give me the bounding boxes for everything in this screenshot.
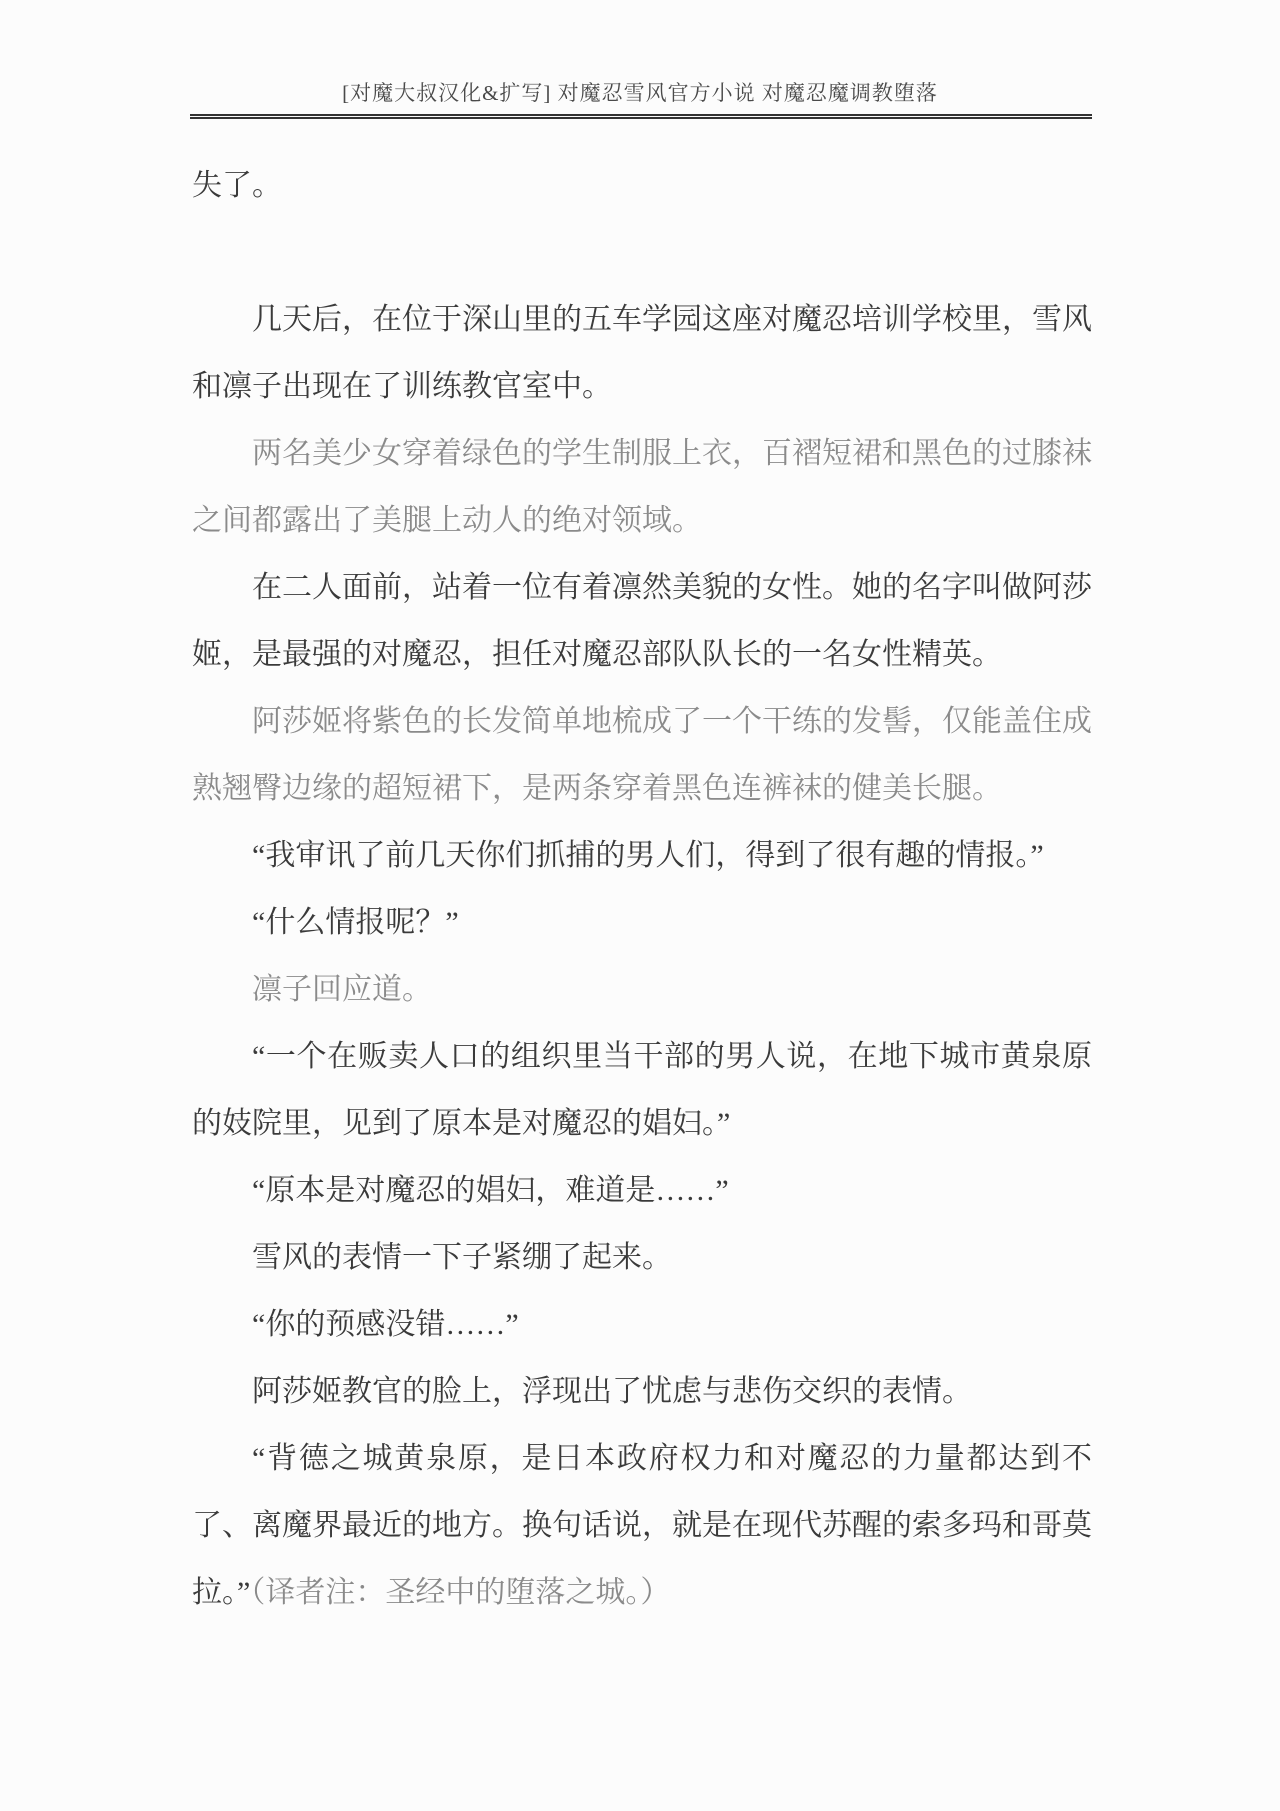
paragraph-dialogue: “你的预感没错……” <box>192 1291 1092 1358</box>
paragraph: 雪风的表情一下子紧绷了起来。 <box>192 1224 1092 1291</box>
document-page: { "page": { "colors": { "background": "#… <box>0 0 1280 1811</box>
blank-line <box>192 219 1092 286</box>
paragraph: 凛子回应道。 <box>192 956 1092 1023</box>
paragraph: 阿莎姬将紫色的长发简单地梳成了一个干练的发髻，仅能盖住成熟翘臀边缘的超短裙下，是… <box>192 688 1092 822</box>
paragraph: 在二人面前，站着一位有着凛然美貌的女性。她的名字叫做阿莎姬，是最强的对魔忍，担任… <box>192 554 1092 688</box>
translator-note: （译者注：圣经中的堕落之城。） <box>250 1576 670 1609</box>
paragraph: 几天后，在位于深山里的五车学园这座对魔忍培训学校里，雪风和凛子出现在了训练教官室… <box>192 286 1092 420</box>
paragraph: 阿莎姬教官的脸上，浮现出了忧虑与悲伤交织的表情。 <box>192 1358 1092 1425</box>
paragraph-dialogue-with-note: “背德之城黄泉原，是日本政府权力和对魔忍的力量都达到不了、离魔界最近的地方。换句… <box>192 1425 1092 1626</box>
paragraph: 两名美少女穿着绿色的学生制服上衣，百褶短裙和黑色的过膝袜之间都露出了美腿上动人的… <box>192 420 1092 554</box>
page-body: 失了。 几天后，在位于深山里的五车学园这座对魔忍培训学校里，雪风和凛子出现在了训… <box>192 152 1092 1626</box>
paragraph-dialogue: “一个在贩卖人口的组织里当干部的男人说，在地下城市黄泉原的妓院里，见到了原本是对… <box>192 1023 1092 1157</box>
header-rule-divider <box>190 114 1092 119</box>
paragraph-dialogue: “原本是对魔忍的娼妇，难道是……” <box>192 1157 1092 1224</box>
paragraph-continuation: 失了。 <box>192 152 1092 219</box>
paragraph-dialogue: “我审讯了前几天你们抓捕的男人们，得到了很有趣的情报。” <box>192 822 1092 889</box>
paragraph-dialogue: “什么情报呢？” <box>192 889 1092 956</box>
header-title: [对魔大叔汉化&扩写] 对魔忍雪风官方小说 对魔忍魔调教堕落 <box>0 80 1280 106</box>
